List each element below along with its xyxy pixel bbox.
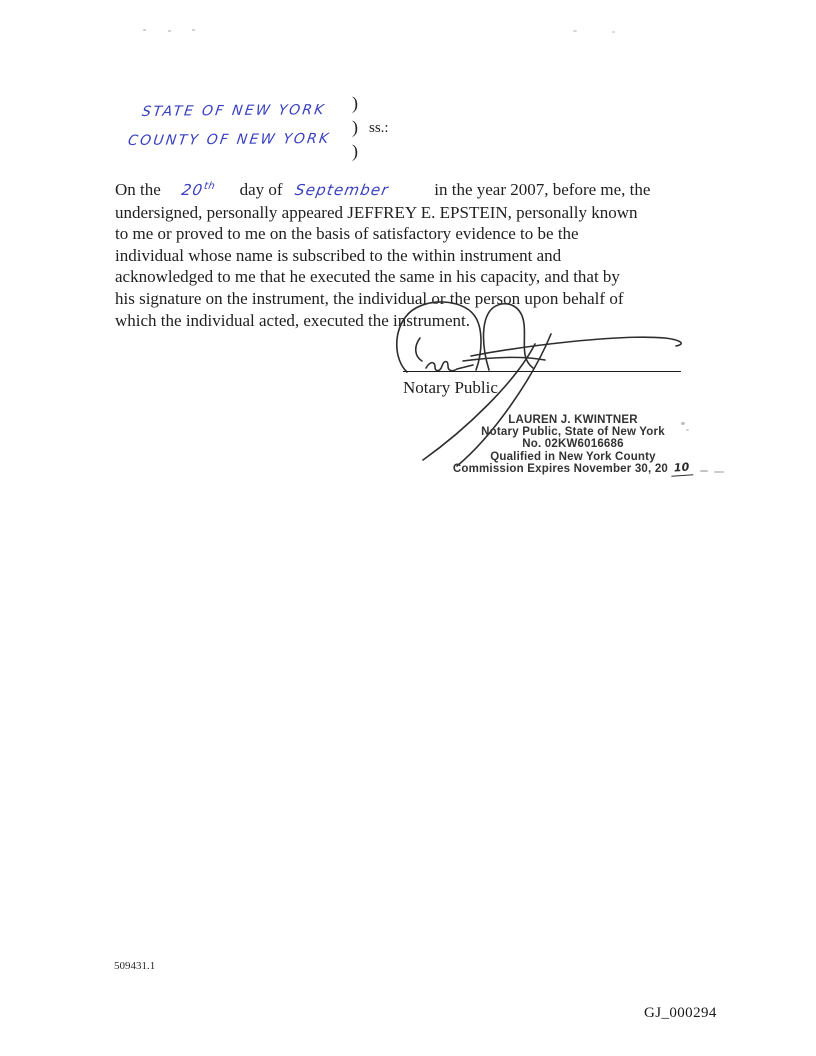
handwritten-state-line: STATE OF NEW YORK	[141, 102, 327, 120]
intro-pre: On the	[115, 180, 161, 199]
scan-speck	[681, 422, 685, 425]
day-ordinal-suffix: th	[203, 181, 216, 192]
paragraph-line-1: On the20thday ofSeptemberin the year 200…	[115, 176, 650, 202]
paragraph-line-2: undersigned, personally appeared JEFFREY…	[115, 202, 650, 224]
handwritten-expiry-year: 10	[671, 461, 694, 477]
intro-post: in the year 2007, before me, the	[434, 180, 650, 199]
scan-speck	[192, 29, 195, 31]
jurat-paren-3: )	[352, 142, 358, 160]
paragraph-line-4: individual whose name is subscribed to t…	[115, 245, 650, 267]
jurat-paren-2: )	[352, 118, 358, 136]
scan-speck	[612, 31, 615, 33]
scan-speck	[168, 30, 171, 32]
ss-label: ss.:	[369, 120, 389, 137]
scan-speck	[573, 30, 577, 32]
handwritten-month: September	[293, 180, 391, 202]
scan-speck	[143, 29, 146, 31]
jurat-paren-1: )	[352, 94, 358, 112]
day-number: 20	[180, 181, 205, 199]
notary-stamp: LAUREN J. KWINTNER Notary Public, State …	[428, 414, 718, 477]
signature-line	[403, 371, 681, 372]
stamp-notary-name: LAUREN J. KWINTNER	[428, 414, 718, 426]
notary-public-label: Notary Public	[403, 378, 498, 398]
paragraph-line-5: acknowledged to me that he executed the …	[115, 266, 650, 288]
bates-number: GJ_000294	[644, 1005, 717, 1022]
stamp-number-line: No. 02KW6016686	[428, 438, 718, 450]
document-control-number: 509431.1	[114, 960, 155, 972]
scan-speck	[686, 429, 689, 431]
handwritten-day: 20th	[180, 176, 217, 202]
handwritten-county-line: COUNTY OF NEW YORK	[127, 131, 331, 149]
scanned-notary-document-page: STATE OF NEW YORK COUNTY OF NEW YORK ) )…	[0, 0, 816, 1056]
stamp-expires-line: Commission Expires November 30, 20 10	[428, 463, 718, 477]
stamp-expires-text: Commission Expires November 30, 20	[453, 463, 668, 475]
paragraph-line-3: to me or proved to me on the basis of sa…	[115, 223, 650, 245]
scan-speck	[714, 471, 724, 473]
stamp-title-line: Notary Public, State of New York	[428, 426, 718, 438]
scan-speck	[700, 470, 708, 472]
intro-mid: day of	[240, 180, 283, 199]
